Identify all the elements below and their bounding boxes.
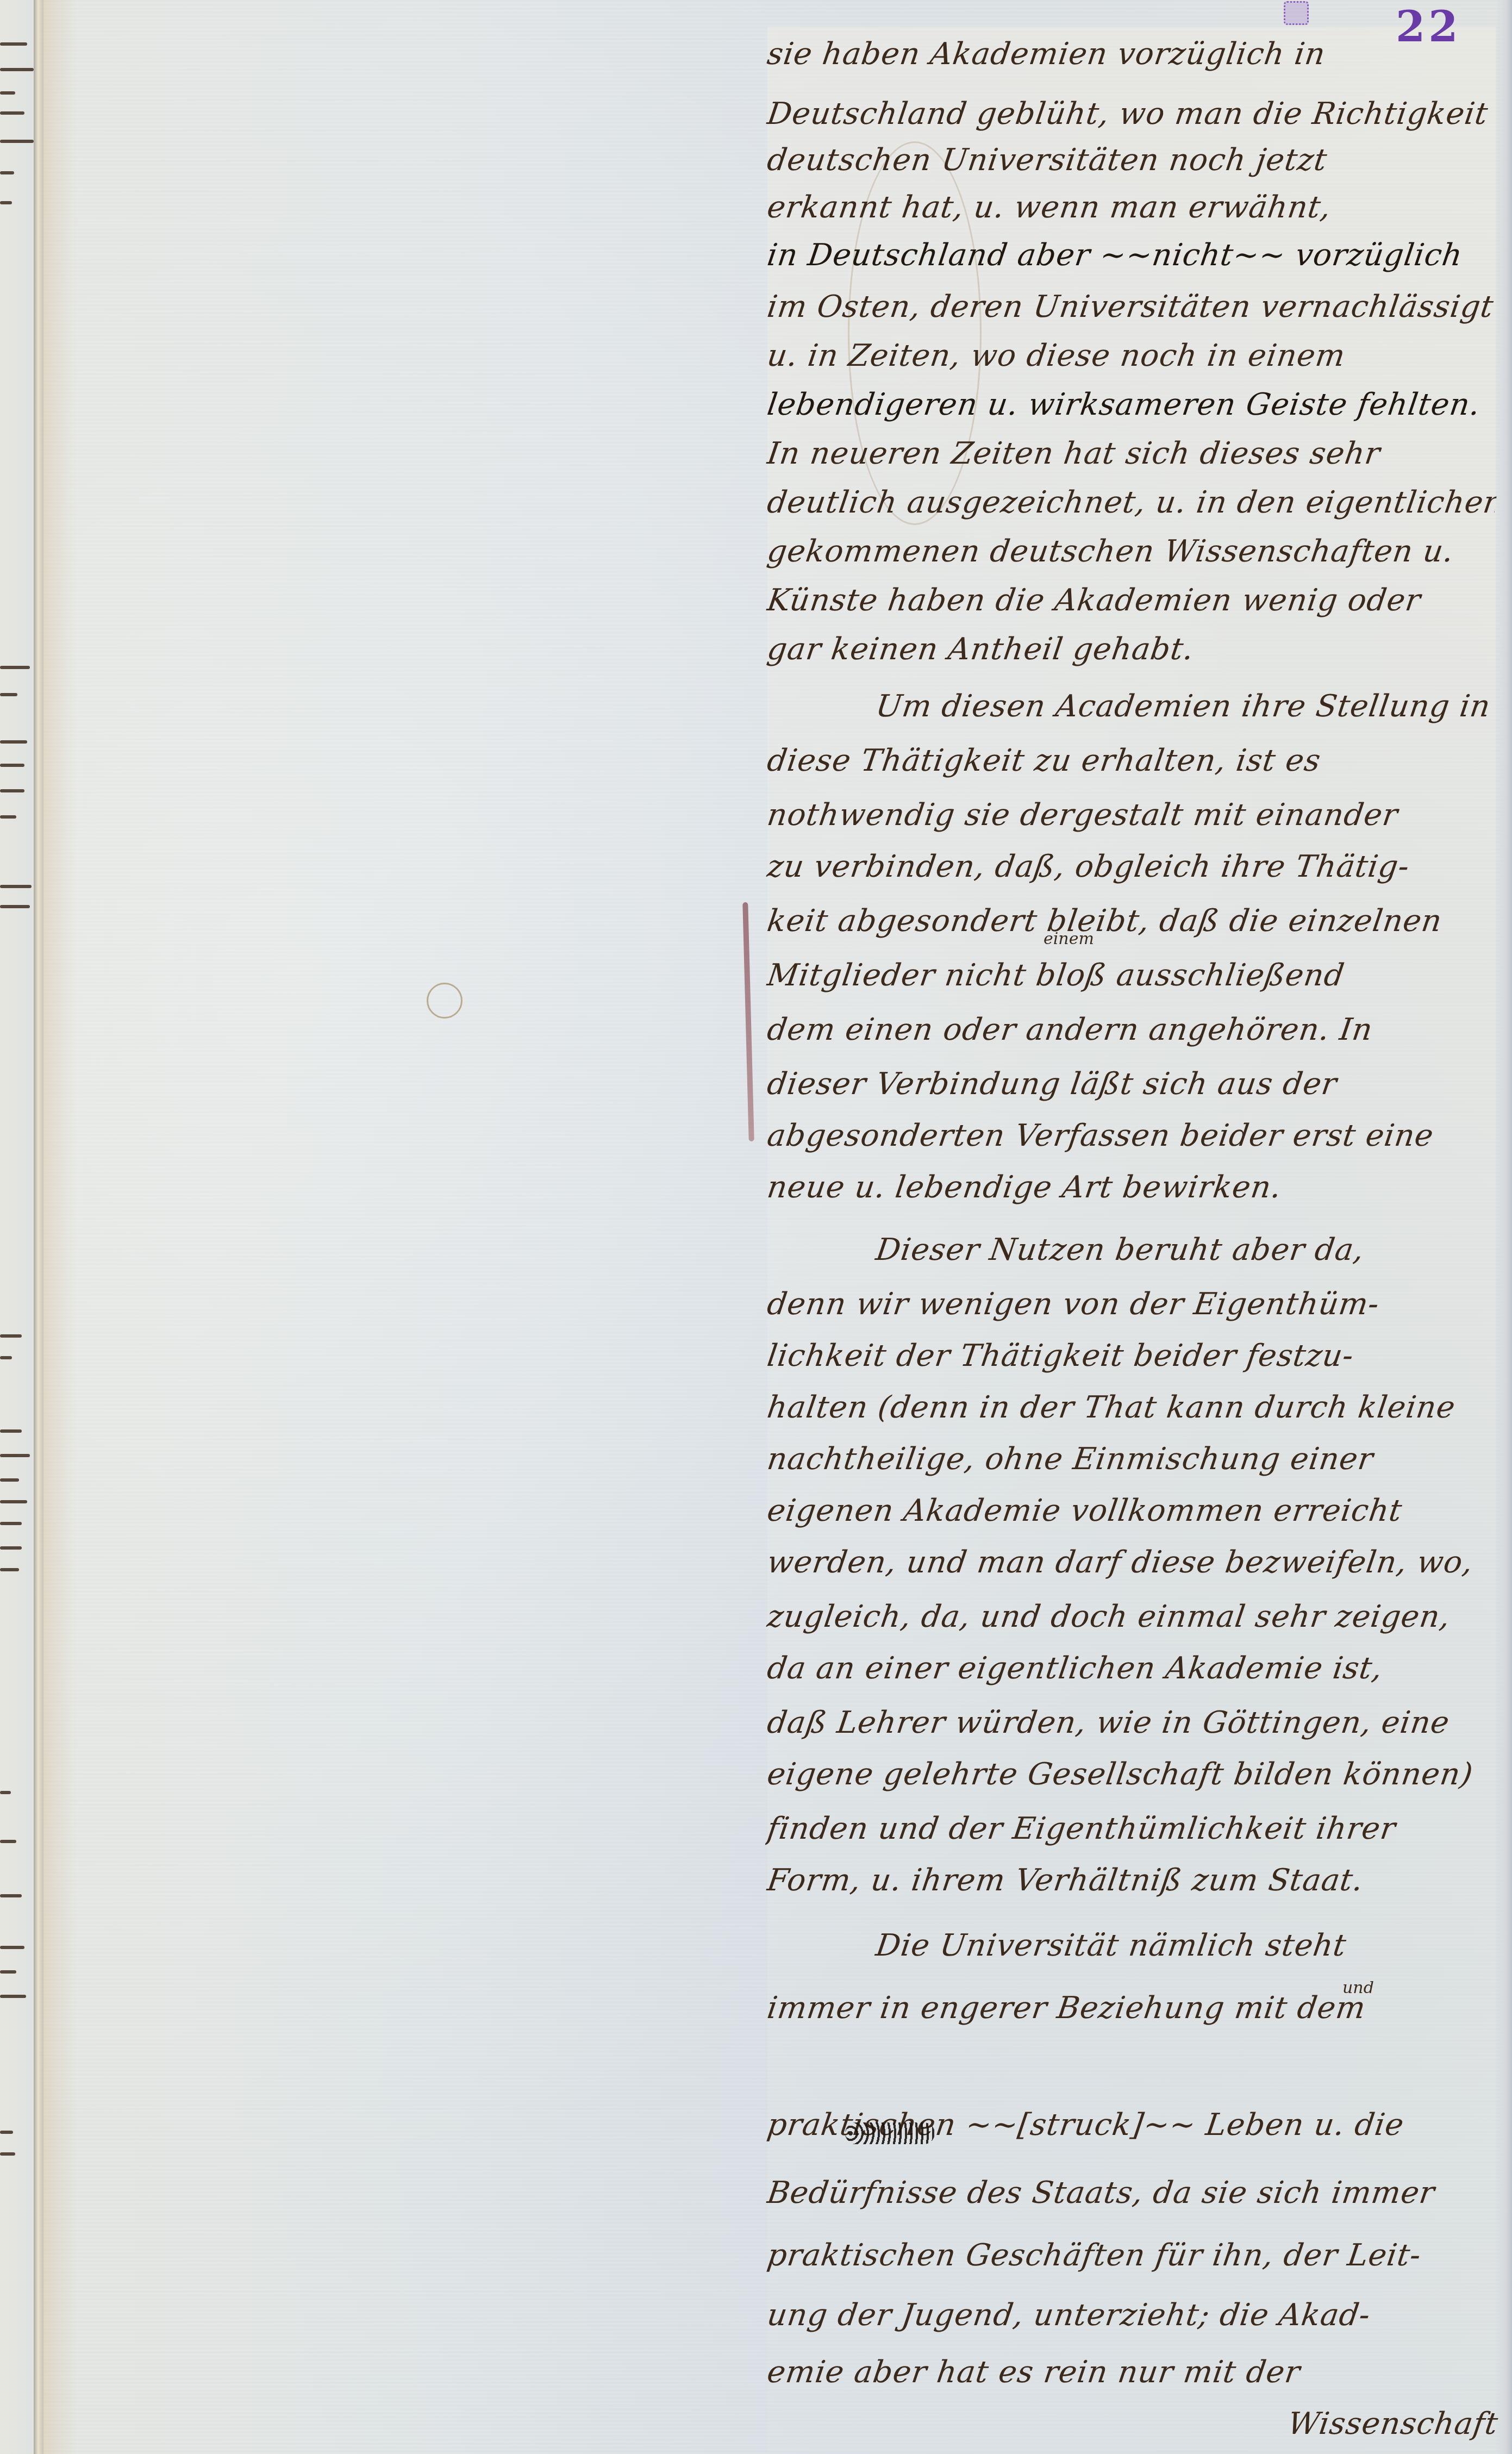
prev-page-ink bbox=[0, 905, 30, 908]
paper-fiber bbox=[427, 983, 463, 1019]
prev-page-ink bbox=[0, 1840, 16, 1843]
prev-page-ink bbox=[0, 1546, 22, 1550]
prev-page-ink bbox=[0, 2131, 13, 2134]
prev-page-ink bbox=[0, 1894, 22, 1897]
prev-page-ink bbox=[0, 1970, 16, 1974]
prev-page-ink bbox=[0, 1478, 19, 1482]
prev-page-ink bbox=[0, 1791, 11, 1794]
prev-page-ink bbox=[0, 1500, 27, 1503]
prev-page-ink bbox=[0, 789, 24, 792]
manuscript-line: gar keinen Antheil gehabt. bbox=[763, 617, 1501, 682]
gutter-shadow bbox=[43, 0, 76, 2454]
prev-page-ink bbox=[0, 885, 32, 888]
manuscript-line: neue u. lebendige Art bewirken. bbox=[763, 1155, 1501, 1220]
manuscript-line: Bedürfnisse des Staats, da sie sich imme… bbox=[763, 2160, 1501, 2226]
prev-page-ink bbox=[0, 42, 27, 46]
prev-page-ink bbox=[0, 815, 16, 819]
prev-page-ink bbox=[0, 111, 24, 115]
prev-page-ink bbox=[0, 140, 34, 143]
prev-page-ink bbox=[0, 1522, 22, 1525]
prev-page-ink bbox=[0, 1429, 22, 1433]
prev-page-ink bbox=[0, 91, 15, 95]
prev-page-ink bbox=[0, 2152, 15, 2156]
manuscript-line: Die Universität nämlich steht bbox=[763, 1913, 1501, 1978]
manuscript-line: immer in engerer Beziehung mit dem bbox=[763, 1976, 1501, 2041]
prev-page-ink bbox=[0, 764, 24, 767]
prev-page-ink bbox=[0, 1356, 12, 1359]
prev-page-ink bbox=[0, 740, 27, 744]
prev-page-ink bbox=[0, 1946, 24, 1949]
prev-page-ink bbox=[0, 1334, 22, 1338]
prev-page-ink bbox=[0, 68, 34, 71]
prev-page-ink bbox=[0, 666, 30, 669]
manuscript-line: Wissenschaft bbox=[1284, 2391, 1510, 2454]
manuscript-line: ung der Jugend, unterzieht; die Akad- bbox=[763, 2283, 1501, 2348]
manuscript-line: sie haben Akademien vorzüglich in bbox=[763, 22, 1501, 87]
manuscript-line: Form, u. ihrem Verhältniß zum Staat. bbox=[763, 1848, 1501, 1913]
struck-out-word bbox=[845, 2122, 935, 2144]
manuscript-line: praktischen Geschäften für ihn, der Leit… bbox=[763, 2223, 1501, 2288]
prev-page-ink bbox=[0, 693, 17, 696]
prev-page-ink bbox=[0, 1454, 30, 1457]
prev-page-ink bbox=[0, 1995, 26, 1998]
previous-page-edge bbox=[0, 0, 38, 2454]
prev-page-ink bbox=[0, 1568, 19, 1571]
prev-page-ink bbox=[0, 171, 14, 174]
prev-page-ink bbox=[0, 201, 12, 204]
binding-gutter bbox=[34, 0, 43, 2454]
